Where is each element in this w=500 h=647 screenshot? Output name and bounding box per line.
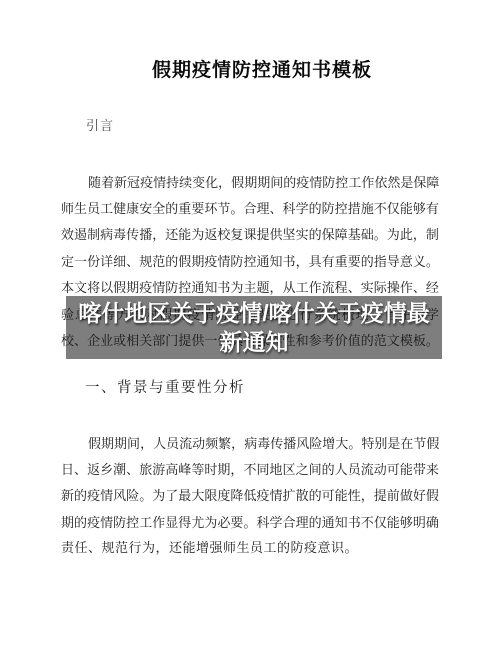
intro-heading: 引言 [86, 118, 114, 134]
paragraph1-line: 效遏制病毒传播，还能为返校复课提供坚实的保障基础。为此，制 [61, 221, 439, 247]
paragraph2-line: 责任、规范行为，还能增强师生员工的防疫意识。 [61, 535, 439, 561]
watermark-overlay-banner: 喀什地区关于疫情/喀什关于疫情最 新通知 [66, 296, 442, 359]
watermark-overlay-text-line1: 喀什地区关于疫情/喀什关于疫情最 [78, 299, 429, 328]
paragraph1-line: 定一份详细、规范的假期疫情防控通知书，具有重要的指导意义。 [61, 247, 439, 273]
paragraph2-line: 假期期间，人员流动频繁，病毒传播风险增大。特别是在节假 [61, 429, 439, 455]
paragraph2-line: 新的疫情风险。为了最大限度降低疫情扩散的可能性，提前做好假 [61, 482, 439, 508]
paragraph2-line: 日、返乡潮、旅游高峰等时期，不同地区之间的人员流动可能带来 [61, 455, 439, 481]
document-title: 假期疫情防控通知书模板 [0, 58, 500, 84]
paragraph1-line: 随着新冠疫情持续变化，假期期间的疫情防控工作依然是保障 [61, 168, 439, 194]
paragraph1-line: 师生员工健康安全的重要环节。合理、科学的防控措施不仅能够有 [61, 194, 439, 220]
paragraph2-line: 期的疫情防控工作显得尤为必要。科学合理的通知书不仅能够明确 [61, 508, 439, 534]
document-page: 假期疫情防控通知书模板 引言 随着新冠疫情持续变化，假期期间的疫情防控工作依然是… [0, 0, 500, 647]
section-heading-background-analysis: 一、背景与重要性分析 [85, 379, 245, 398]
watermark-overlay-text-line2: 新通知 [220, 328, 289, 357]
paragraph-background: 假期期间，人员流动频繁，病毒传播风险增大。特别是在节假 日、返乡潮、旅游高峰等时… [61, 429, 439, 561]
